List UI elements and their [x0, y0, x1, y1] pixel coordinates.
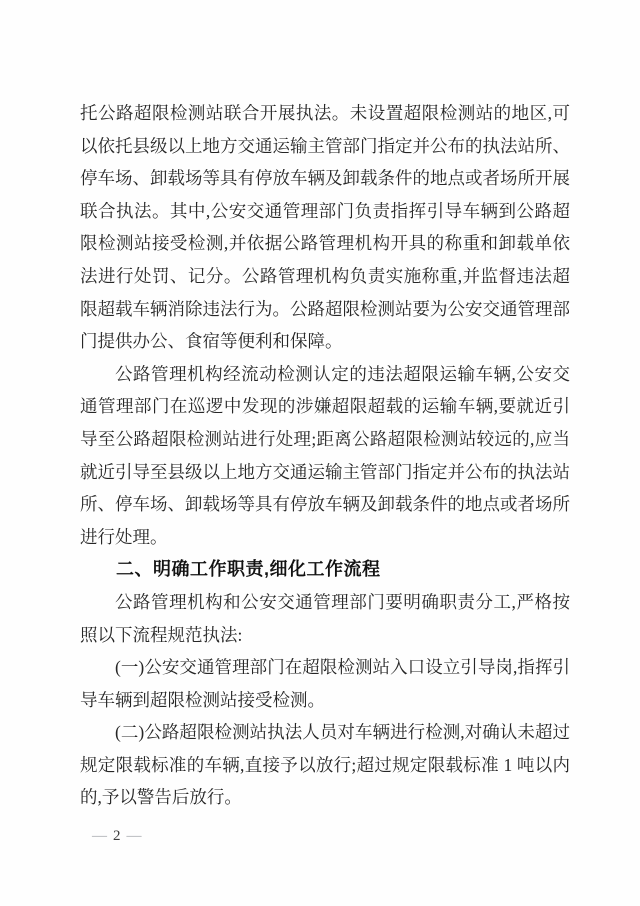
page-number: 2 [113, 828, 121, 844]
section-heading: 二、明确工作职责,细化工作流程 [80, 553, 570, 586]
document-body: 托公路超限检测站联合开展执法。未设置超限检测站的地区,可以依托县级以上地方交通运… [80, 97, 570, 814]
body-paragraph: 公路管理机构经流动检测认定的违法超限运输车辆,公安交通管理部门在巡逻中发现的涉嫌… [80, 358, 570, 554]
body-paragraph-item-1: (一)公安交通管理部门在超限检测站入口设立引导岗,指挥引导车辆到超限检测站接受检… [80, 651, 570, 716]
document-page: 托公路超限检测站联合开展执法。未设置超限检测站的地区,可以依托县级以上地方交通运… [0, 0, 640, 906]
body-paragraph: 公路管理机构和公安交通管理部门要明确职责分工,严格按照以下流程规范执法: [80, 586, 570, 651]
body-paragraph-continuation: 托公路超限检测站联合开展执法。未设置超限检测站的地区,可以依托县级以上地方交通运… [80, 97, 570, 358]
footer-dash-left: — [86, 828, 113, 844]
page-footer: —2— [86, 826, 148, 846]
footer-dash-right: — [121, 828, 148, 844]
body-paragraph-item-2: (二)公路超限检测站执法人员对车辆进行检测,对确认未超过规定限载标准的车辆,直接… [80, 716, 570, 814]
